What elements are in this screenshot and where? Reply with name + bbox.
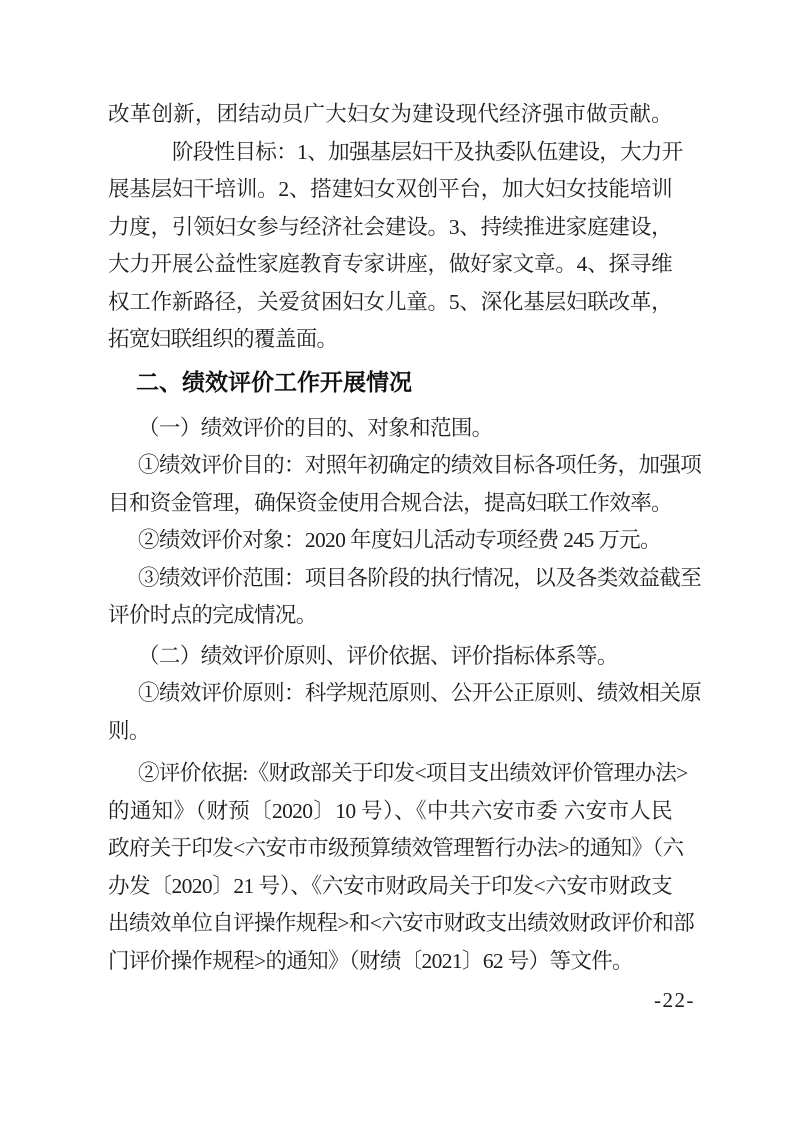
- text-line: 出绩效单位自评操作规程>和<六安市财政支出绩效财政评价和部: [108, 905, 672, 943]
- text-line: ①绩效评价目的：对照年初确定的绩效目标各项任务，加强项: [108, 447, 672, 485]
- text-line: 阶段性目标：1、加强基层妇干及执委队伍建设，大力开: [108, 134, 672, 172]
- text-line: ③绩效评价范围：项目各阶段的执行情况，以及各类效益截至: [108, 560, 672, 598]
- text-line: 政府关于印发<六安市市级预算绩效管理暂行办法>的通知》（六: [108, 830, 672, 868]
- document-body: 改革创新，团结动员广大妇女为建设现代经济强市做贡献。 阶段性目标：1、加强基层妇…: [108, 96, 672, 980]
- text-line: 大力开展公益性家庭教育专家讲座，做好家文章。4、探寻维: [108, 246, 672, 284]
- text-line: 改革创新，团结动员广大妇女为建设现代经济强市做贡献。: [108, 96, 672, 134]
- section-heading: 二、绩效评价工作开展情况: [108, 363, 672, 401]
- text-line: 展基层妇干培训。2、搭建妇女双创平台，加大妇女技能培训: [108, 171, 672, 209]
- text-line: ②绩效评价对象：2020 年度妇儿活动专项经费 245 万元。: [108, 522, 672, 560]
- text-line: ②评价依据:《财政部关于印发<项目支出绩效评价管理办法>: [108, 755, 672, 793]
- text-line: 的通知》（财预〔2020〕10 号）、《中共六安市委 六安市人民: [108, 793, 672, 831]
- text-line: 权工作新路径，关爱贫困妇女儿童。5、深化基层妇联改革，: [108, 284, 672, 322]
- document-page: 改革创新，团结动员广大妇女为建设现代经济强市做贡献。 阶段性目标：1、加强基层妇…: [0, 0, 793, 1122]
- text-line: （一）绩效评价的目的、对象和范围。: [108, 410, 672, 448]
- text-line: 拓宽妇联组织的覆盖面。: [108, 321, 672, 359]
- text-line: 目和资金管理，确保资金使用合规合法，提高妇联工作效率。: [108, 485, 672, 523]
- text-line: （二）绩效评价原则、评价依据、评价指标体系等。: [108, 638, 672, 676]
- text-line: 力度，引领妇女参与经济社会建设。3、持续推进家庭建设，: [108, 209, 672, 247]
- text-line: 门评价操作规程>的通知》（财绩〔2021〕62 号）等文件。: [108, 943, 672, 981]
- page-number: -22-: [654, 988, 695, 1013]
- text-line: 办发〔2020〕21 号）、《六安市财政局关于印发<六安市财政支: [108, 868, 672, 906]
- text-line: 评价时点的完成情况。: [108, 597, 672, 635]
- text-line: 则。: [108, 713, 672, 751]
- text-line: ①绩效评价原则：科学规范原则、公开公正原则、绩效相关原: [108, 675, 672, 713]
